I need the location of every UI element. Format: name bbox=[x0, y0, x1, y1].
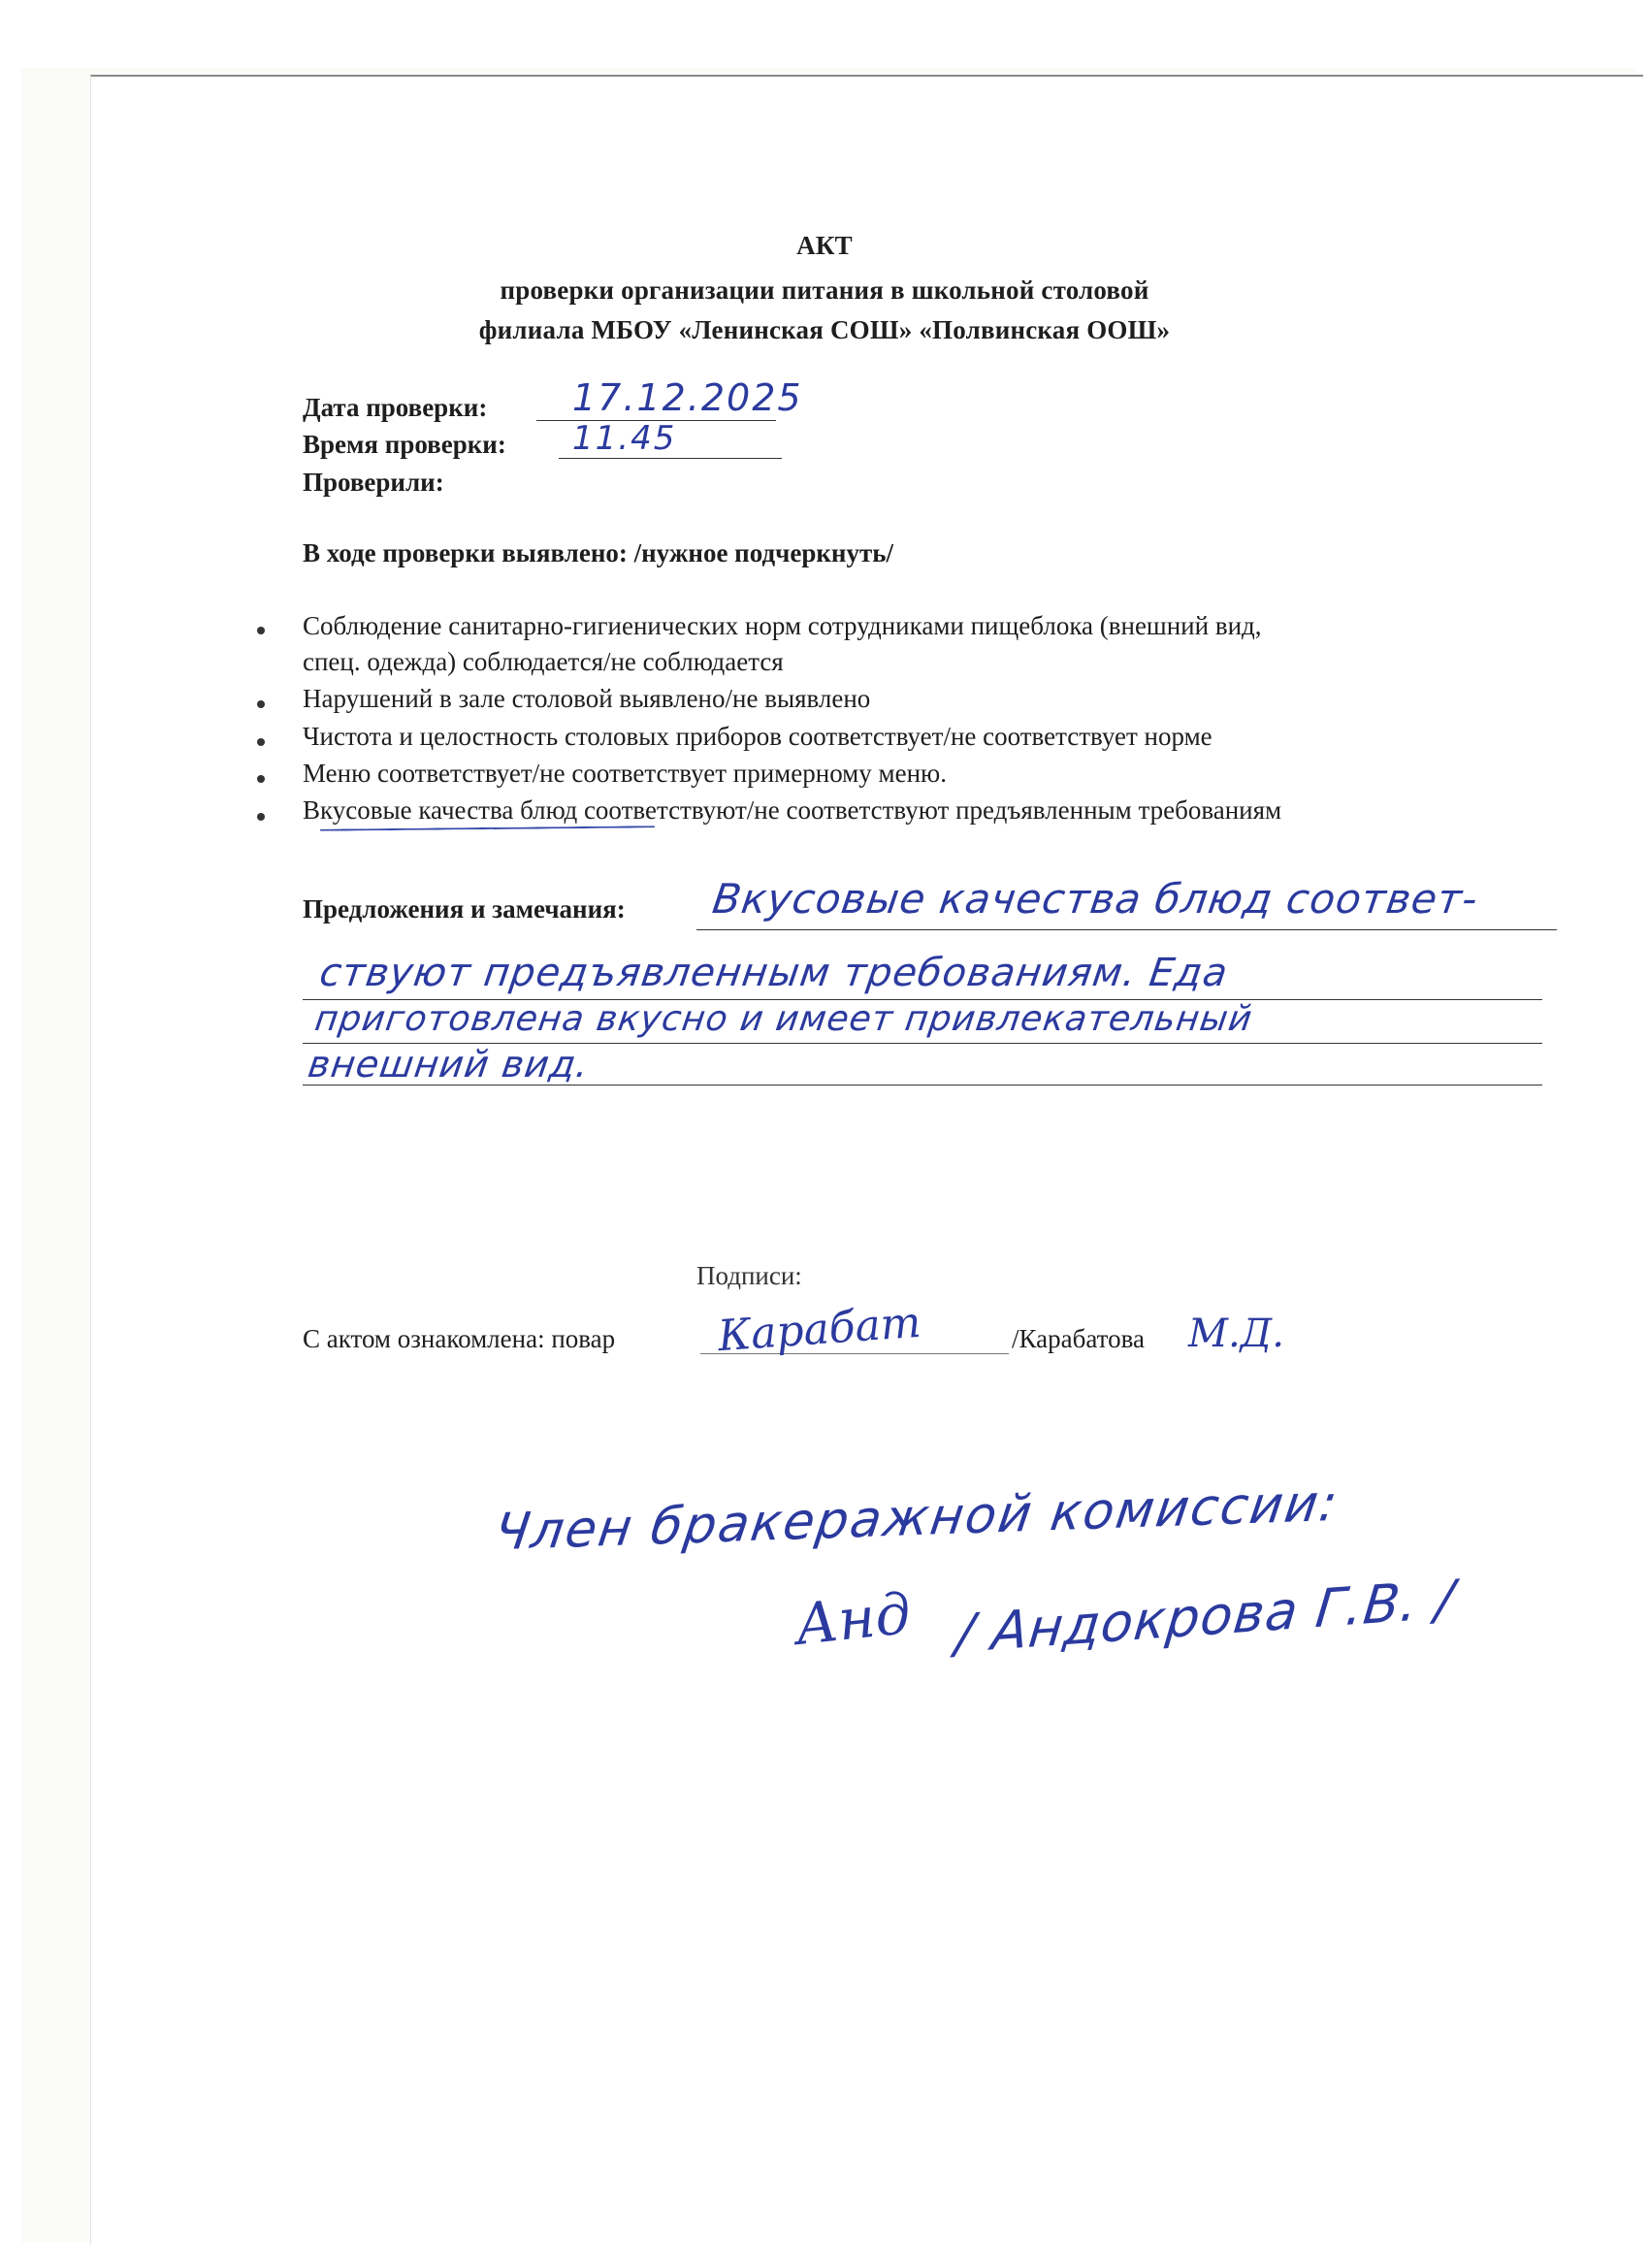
finding-item-3: Чистота и целостность столовых приборов … bbox=[303, 722, 1212, 752]
time-underline bbox=[559, 458, 782, 459]
cook-initials[interactable]: М.Д. bbox=[1188, 1312, 1284, 1356]
time-label: Время проверки: bbox=[303, 430, 506, 460]
date-value[interactable]: 17.12.2025 bbox=[572, 376, 803, 419]
bullet-icon bbox=[257, 775, 265, 783]
remarks-handwritten-line-2[interactable]: ствуют предъявленным требованиям. Еда bbox=[317, 951, 1231, 995]
bullet-icon bbox=[257, 627, 265, 634]
bullet-icon bbox=[257, 738, 265, 746]
finding-item-1-line1: Соблюдение санитарно-гигиенических норм … bbox=[303, 611, 1262, 641]
remarks-handwritten-line-3[interactable]: приготовлена вкусно и имеет привлекатель… bbox=[312, 999, 1255, 1039]
finding-item-1-line2: спец. одежда) соблюдается/не соблюдается bbox=[303, 647, 784, 677]
finding-item-2: Нарушений в зале столовой выявлено/не вы… bbox=[303, 684, 870, 714]
finding-item-5: Вкусовые качества блюд соответствуют/не … bbox=[303, 795, 1281, 826]
bullet-icon bbox=[257, 700, 265, 708]
date-label: Дата проверки: bbox=[303, 393, 487, 423]
remarks-handwritten-line-4[interactable]: внешний вид. bbox=[306, 1043, 592, 1085]
finding-item-4: Меню соответствует/не соответствует прим… bbox=[303, 759, 947, 789]
remarks-underline-1 bbox=[696, 929, 1557, 930]
findings-heading: В ходе проверки выявлено: /нужное подчер… bbox=[303, 538, 893, 568]
time-value[interactable]: 11.45 bbox=[572, 419, 676, 458]
finding-item-5-selected-phrase: Вкусовые качества блюд bbox=[303, 795, 577, 825]
member-signature[interactable]: Анд bbox=[792, 1580, 914, 1658]
remarks-label: Предложения и замечания: bbox=[303, 894, 626, 924]
remarks-handwritten-line-1[interactable]: Вкусовые качества блюд соответ- bbox=[710, 875, 1482, 923]
document-title: АКТ bbox=[0, 231, 1649, 261]
checked-by-label: Проверили: bbox=[303, 468, 444, 498]
finding-item-5-rest: соответствуют/не соответствуют предъявле… bbox=[577, 795, 1281, 825]
document-subtitle-line2: филиала МБОУ «Ленинская СОШ» «Полвинская… bbox=[0, 315, 1649, 345]
document-subtitle-line1: проверки организации питания в школьной … bbox=[0, 275, 1649, 306]
cook-name: /Карабатова bbox=[1012, 1324, 1145, 1354]
acquainted-label: С актом ознакомлена: повар bbox=[303, 1324, 615, 1354]
signatures-heading: Подписи: bbox=[696, 1261, 802, 1291]
bullet-icon bbox=[257, 813, 265, 821]
